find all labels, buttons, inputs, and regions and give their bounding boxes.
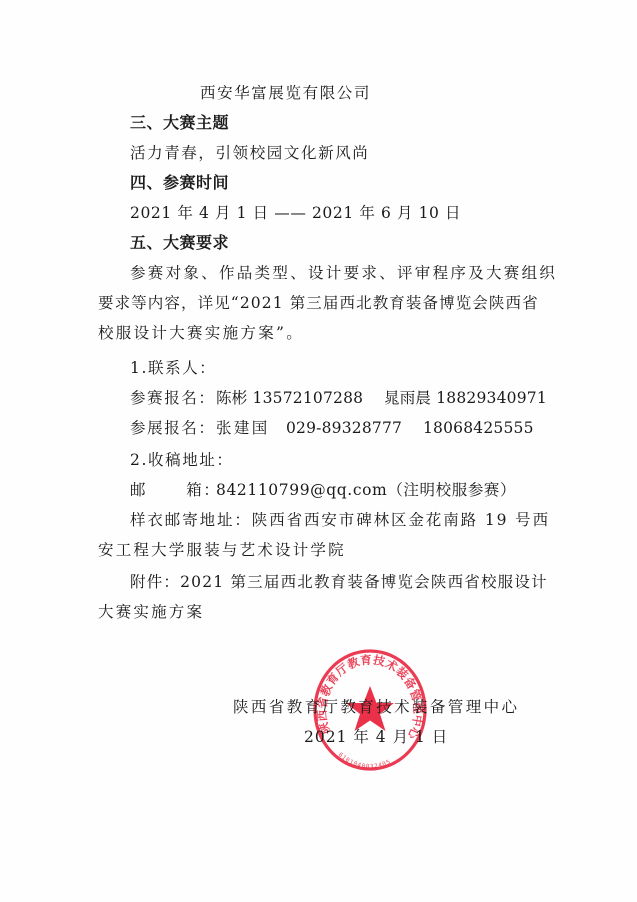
section5-heading: 五、大赛要求 xyxy=(130,233,229,253)
email-label: 邮 箱： xyxy=(130,480,220,500)
attachment-line-2: 大赛实施方案 xyxy=(98,602,204,622)
svg-text:6101040032405: 6101040032405 xyxy=(337,751,392,770)
contest-contact-2: 晁雨晨 18829340971 xyxy=(384,388,547,408)
section5-paragraph-line-1: 参赛对象、作品类型、设计要求、评审程序及大赛组织 xyxy=(130,263,557,283)
section3-heading: 三、大赛主题 xyxy=(130,113,229,133)
exhibit-contact-phone-2: 18068425555 xyxy=(423,418,534,438)
sample-address-line-1: 样衣邮寄地址：陕西省西安市碑林区金花南路 19 号西 xyxy=(130,510,550,530)
exhibit-contact-phone-1: 029-89328777 xyxy=(286,418,402,438)
signature-date: 2021 年 4 月 1 日 xyxy=(304,727,448,747)
contest-contact-1: 陈彬 13572107288 xyxy=(216,388,363,408)
sample-address-line-2: 安工程大学服装与艺术设计学院 xyxy=(98,540,346,560)
contest-registration-label: 参赛报名： xyxy=(130,388,216,408)
address-title: 2.收稿地址： xyxy=(130,450,234,470)
section3-theme-text: 活力青春，引领校园文化新风尚 xyxy=(130,143,369,163)
exhibit-contact-name: 张建国 xyxy=(216,418,270,438)
section4-date-range: 2021 年 4 月 1 日 —— 2021 年 6 月 10 日 xyxy=(130,203,461,223)
document-page: 西安华富展览有限公司 三、大赛主题 活力青春，引领校园文化新风尚 四、参赛时间 … xyxy=(0,0,637,902)
signature-organization: 陕西省教育厅教育技术装备管理中心 xyxy=(233,697,519,717)
email-value: 842110799@qq.com（注明校服参赛） xyxy=(216,480,516,500)
section4-heading: 四、参赛时间 xyxy=(130,173,229,193)
attachment-line-1: 附件：2021 第三届西北教育装备博览会陕西省校服设计 xyxy=(130,572,548,592)
organizer-continued: 西安华富展览有限公司 xyxy=(200,83,371,103)
exhibit-registration-label: 参展报名： xyxy=(130,418,216,438)
section5-paragraph-line-3: 校服设计大赛实施方案”。 xyxy=(98,323,304,343)
section5-paragraph-line-2: 要求等内容，详见“2021 第三届西北教育装备博览会陕西省 xyxy=(98,293,539,313)
contacts-title: 1.联系人： xyxy=(130,358,216,378)
